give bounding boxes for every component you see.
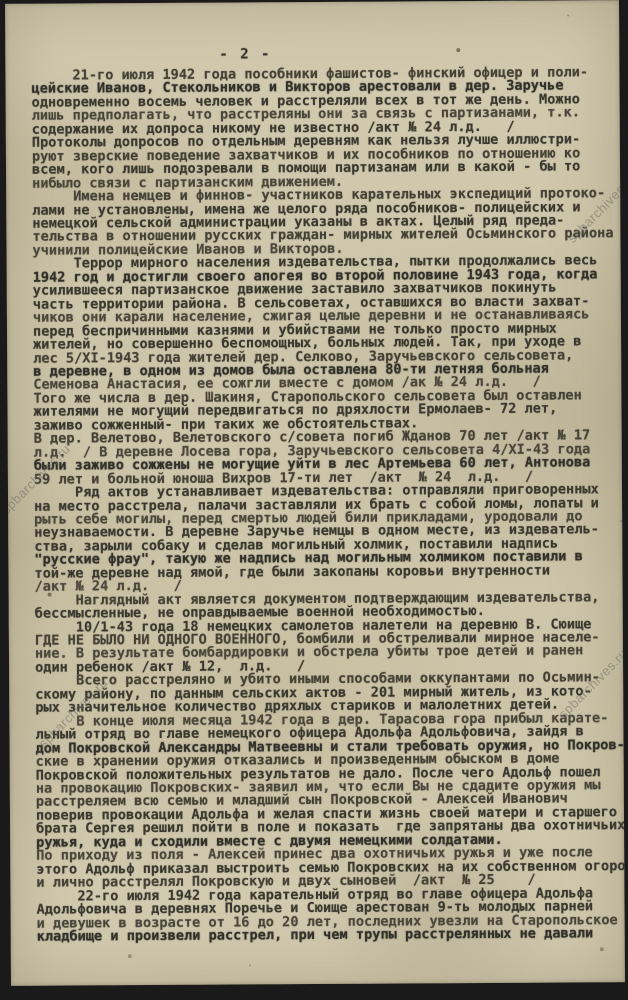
page-number: - 2 - (219, 46, 271, 62)
scanned-photo: - 2 - 21-го июля 1942 года пособники фаш… (0, 0, 628, 1000)
document-line: кладбище и произвели расстрел, при чем т… (37, 927, 625, 944)
document-page: - 2 - 21-го июля 1942 года пособники фаш… (5, 0, 625, 986)
paper-specks (5, 4, 7, 6)
document-text: 21-го июля 1942 года пособники фашистов-… (31, 66, 624, 944)
